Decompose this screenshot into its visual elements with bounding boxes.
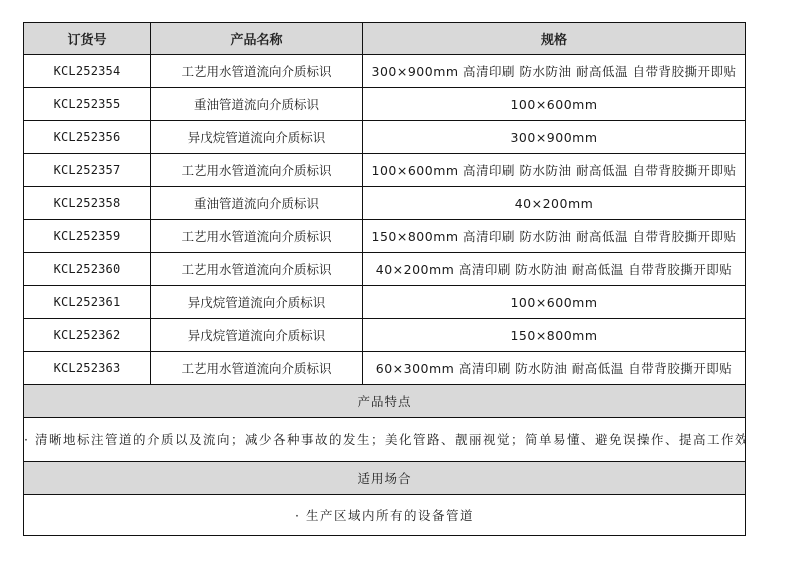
features-header-row: 产品特点: [24, 385, 746, 418]
product-name-cell: 工艺用水管道流向介质标识: [151, 154, 363, 187]
order-number-cell: KCL252359: [24, 220, 151, 253]
specification-cell: 40×200mm: [363, 187, 746, 220]
product-name-cell: 重油管道流向介质标识: [151, 88, 363, 121]
order-number-cell: KCL252361: [24, 286, 151, 319]
order-number-cell: KCL252360: [24, 253, 151, 286]
order-number-cell: KCL252355: [24, 88, 151, 121]
order-number-cell: KCL252362: [24, 319, 151, 352]
table-row: KCL252360 工艺用水管道流向介质标识 40×200mm 高清印刷 防水防…: [24, 253, 746, 286]
product-name-cell: 工艺用水管道流向介质标识: [151, 352, 363, 385]
applications-title: 适用场合: [24, 462, 746, 495]
order-number-cell: KCL252363: [24, 352, 151, 385]
order-number-cell: KCL252354: [24, 55, 151, 88]
table-row: KCL252354 工艺用水管道流向介质标识 300×900mm 高清印刷 防水…: [24, 55, 746, 88]
specification-cell: 300×900mm: [363, 121, 746, 154]
order-number-cell: KCL252358: [24, 187, 151, 220]
table-row: KCL252359 工艺用水管道流向介质标识 150×800mm 高清印刷 防水…: [24, 220, 746, 253]
product-name-cell: 异戊烷管道流向介质标识: [151, 319, 363, 352]
table-row: KCL252363 工艺用水管道流向介质标识 60×300mm 高清印刷 防水防…: [24, 352, 746, 385]
applications-header-row: 适用场合: [24, 462, 746, 495]
specification-cell: 40×200mm 高清印刷 防水防油 耐高低温 自带背胶撕开即贴: [363, 253, 746, 286]
header-specification: 规格: [363, 23, 746, 55]
product-name-cell: 工艺用水管道流向介质标识: [151, 253, 363, 286]
table-row: KCL252356 异戊烷管道流向介质标识 300×900mm: [24, 121, 746, 154]
specification-cell: 150×800mm 高清印刷 防水防油 耐高低温 自带背胶撕开即贴: [363, 220, 746, 253]
specification-cell: 300×900mm 高清印刷 防水防油 耐高低温 自带背胶撕开即贴: [363, 55, 746, 88]
table-row: KCL252362 异戊烷管道流向介质标识 150×800mm: [24, 319, 746, 352]
product-spec-table: 订货号 产品名称 规格 KCL252354 工艺用水管道流向介质标识 300×9…: [23, 22, 746, 536]
table-row: KCL252361 异戊烷管道流向介质标识 100×600mm: [24, 286, 746, 319]
specification-cell: 150×800mm: [363, 319, 746, 352]
applications-text: · 生产区域内所有的设备管道: [24, 495, 746, 536]
applications-content-row: · 生产区域内所有的设备管道: [24, 495, 746, 536]
features-title: 产品特点: [24, 385, 746, 418]
table-row: KCL252355 重油管道流向介质标识 100×600mm: [24, 88, 746, 121]
specification-cell: 100×600mm: [363, 88, 746, 121]
product-name-cell: 异戊烷管道流向介质标识: [151, 121, 363, 154]
order-number-cell: KCL252356: [24, 121, 151, 154]
table-row: KCL252357 工艺用水管道流向介质标识 100×600mm 高清印刷 防水…: [24, 154, 746, 187]
product-name-cell: 工艺用水管道流向介质标识: [151, 220, 363, 253]
features-text: · 清晰地标注管道的介质以及流向；减少各种事故的发生；美化管路、靓丽视觉；简单易…: [24, 418, 746, 462]
table-header-row: 订货号 产品名称 规格: [24, 23, 746, 55]
specification-cell: 60×300mm 高清印刷 防水防油 耐高低温 自带背胶撕开即贴: [363, 352, 746, 385]
product-name-cell: 工艺用水管道流向介质标识: [151, 55, 363, 88]
product-name-cell: 异戊烷管道流向介质标识: [151, 286, 363, 319]
table-row: KCL252358 重油管道流向介质标识 40×200mm: [24, 187, 746, 220]
product-name-cell: 重油管道流向介质标识: [151, 187, 363, 220]
header-product-name: 产品名称: [151, 23, 363, 55]
order-number-cell: KCL252357: [24, 154, 151, 187]
header-order-number: 订货号: [24, 23, 151, 55]
specification-cell: 100×600mm: [363, 286, 746, 319]
specification-cell: 100×600mm 高清印刷 防水防油 耐高低温 自带背胶撕开即贴: [363, 154, 746, 187]
features-content-row: · 清晰地标注管道的介质以及流向；减少各种事故的发生；美化管路、靓丽视觉；简单易…: [24, 418, 746, 462]
